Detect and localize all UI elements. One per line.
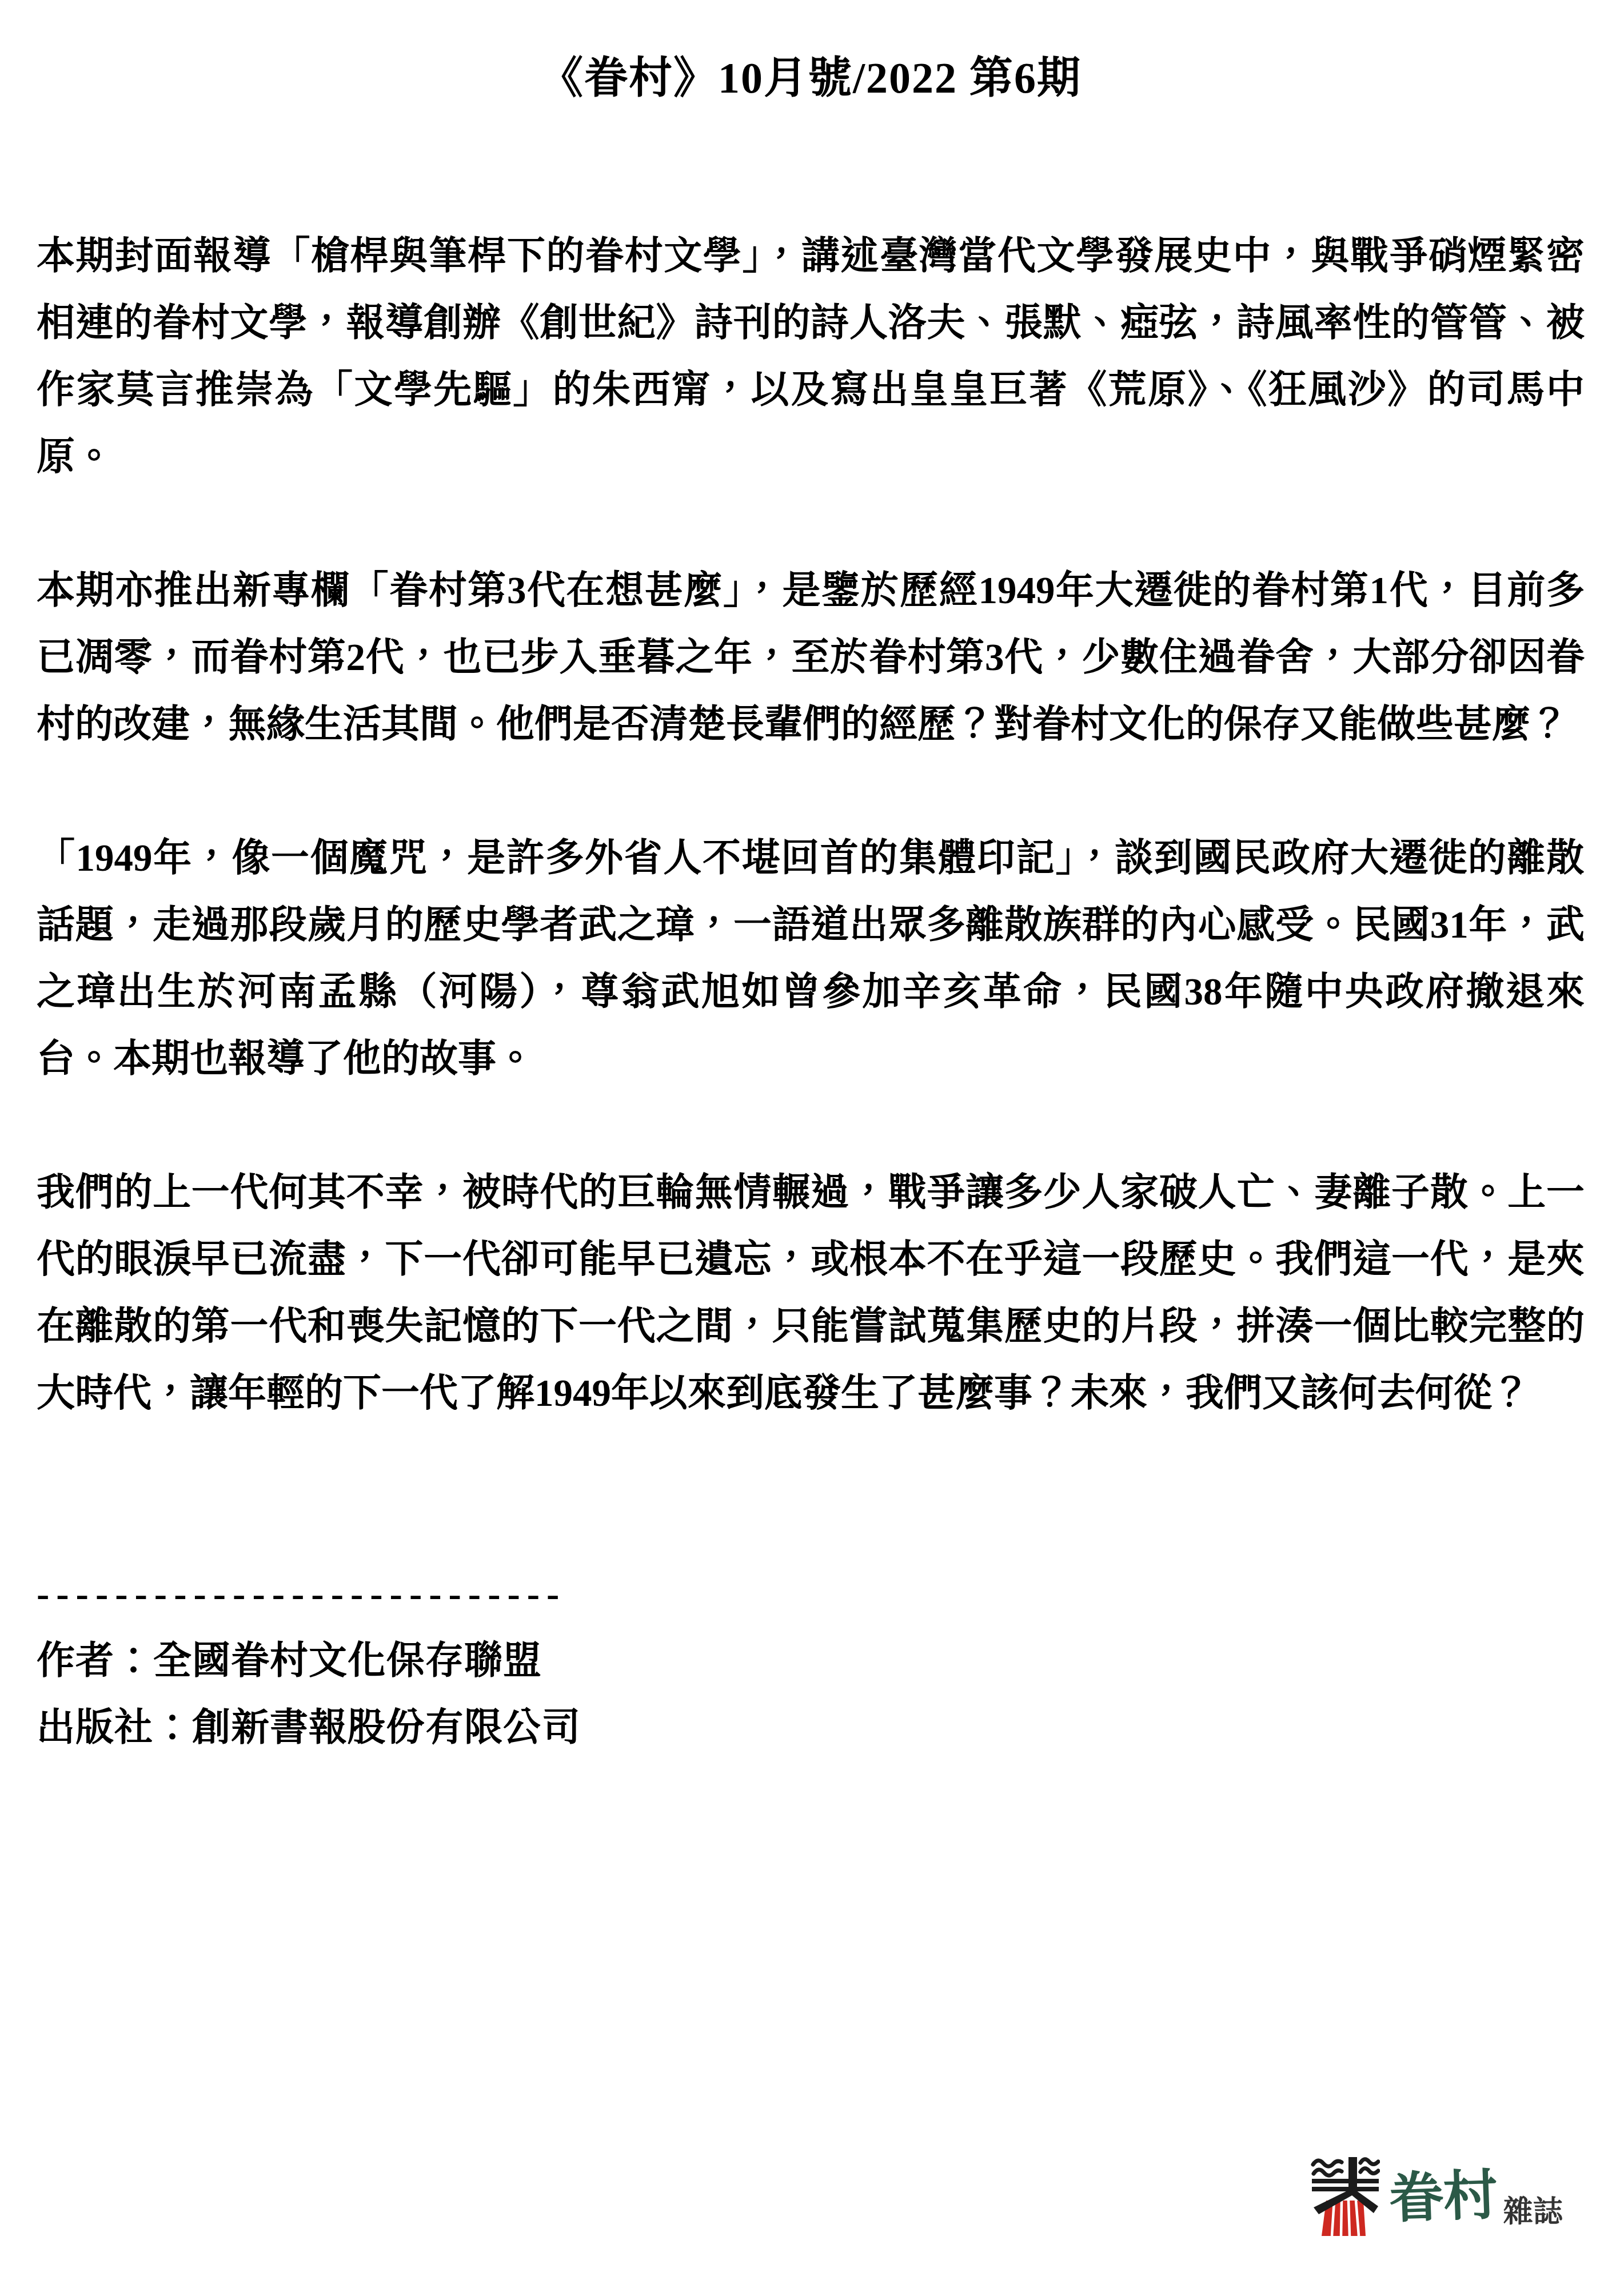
juancun-emblem-icon [1311,2157,1380,2237]
divider-dashes: --------------------------- [37,1561,1585,1628]
paragraph-cover-story: 本期封面報導「槍桿與筆桿下的眷村文學」，講述臺灣當代文學發展史中，與戰爭硝煙緊密… [37,223,1585,491]
paragraph-generations: 我們的上一代何其不幸，被時代的巨輪無情輾過，戰爭讓多少人家破人亡、妻離子散。上一… [37,1159,1585,1427]
magazine-logo: 眷村 雜誌 [1311,2154,1563,2240]
emblem-wavy-strokes [1313,2159,1378,2176]
page-content: 《眷村》10月號/2022 第6期 本期封面報導「槍桿與筆桿下的眷村文學」，講述… [0,0,1620,1761]
magazine-issue-page: 《眷村》10月號/2022 第6期 本期封面報導「槍桿與筆桿下的眷村文學」，講述… [0,0,1620,2296]
paragraph-new-column: 本期亦推出新專欄「眷村第3代在想甚麼」，是鑒於歷經1949年大遷徙的眷村第1代，… [37,557,1585,758]
logo-suffix-text: 雜誌 [1503,2198,1563,2227]
author-line: 作者：全國眷村文化保存聯盟 [37,1628,1585,1695]
logo-name-text: 眷村 [1388,2169,1498,2227]
credits-block: --------------------------- 作者：全國眷村文化保存聯… [37,1561,1585,1761]
publisher-line: 出版社：創新書報股份有限公司 [37,1695,1585,1761]
page-title: 《眷村》10月號/2022 第6期 [37,45,1585,112]
paragraph-1949-history: 「1949年，像一個魔咒，是許多外省人不堪回首的集體印記」，談到國民政府大遷徙的… [37,825,1585,1093]
